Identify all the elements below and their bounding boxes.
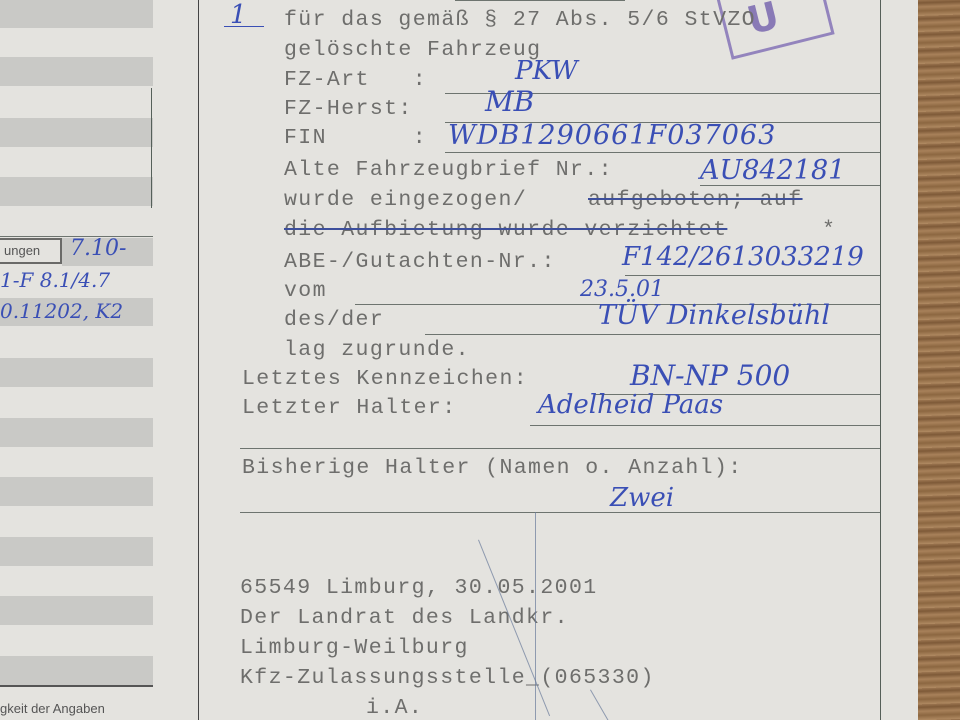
last-owner-label: Letzter Halter: [242,398,457,420]
abe-value: F142/2613033219 [622,244,864,270]
license-plate-value: BN-NP 500 [630,362,790,390]
struck-text-1: aufgeboten; auf [588,190,803,212]
blank-line [240,448,880,449]
form-strip [0,118,153,147]
fz-art-label: FZ-Art : [284,70,427,92]
header-line-1: für das gemäß § 27 Abs. 5/6 StVZO [284,10,756,32]
des-der-label: des/der [284,310,384,332]
abe-label: ABE-/Gutachten-Nr.: [284,252,556,274]
signature-stroke [590,690,611,720]
header-line-2: gelöschte Fahrzeug [284,40,541,62]
handwritten-note: 7.10- [70,238,126,260]
des-der-line [425,334,880,335]
form-divider [0,685,153,687]
top-rule [455,0,625,1]
page-frame-right [880,0,881,720]
signature-stroke [535,512,536,720]
abe-line [625,275,880,276]
document-page: ungen 7.10- 1-F 8.1/4.7 0.11202, K2 gkei… [0,0,918,720]
place-date: 65549 Limburg, 30.05.2001 [240,578,598,600]
previous-owners-label: Bisherige Halter (Namen o. Anzahl): [242,458,743,480]
des-der-value: TÜV Dinkelsbühl [598,302,830,329]
asterisk: * [822,220,836,242]
last-owner-line [530,425,880,426]
left-page-form: ungen 7.10- 1-F 8.1/4.7 0.11202, K2 gkei… [0,0,153,720]
form-strip [0,57,153,86]
fz-art-value: PKW [515,58,578,84]
left-footer-fragment: gkeit der Angaben [0,701,105,716]
fz-herst-label: FZ-Herst: [284,99,413,121]
struck-text-2: die Aufbietung wurde verzichtet [284,220,727,242]
handwritten-note: 1-F 8.1/4.7 [0,270,110,290]
registration-office: Kfz-Zulassungsstelle_(065330) [240,668,655,690]
previous-owners-value: Zwei [610,485,674,511]
form-border [151,88,152,208]
fz-herst-value: MB [485,88,534,116]
fin-value: WDB1290661F037063 [448,122,776,149]
vom-label: vom [284,281,327,303]
old-registration-label: Alte Fahrzeugbrief Nr.: [284,160,613,182]
form-strip [0,596,153,625]
fin-label: FIN : [284,128,427,150]
form-strip [0,537,153,566]
confiscated-text: wurde eingezogen/ [284,190,527,212]
authority-line-2: Limburg-Weilburg [240,638,469,660]
form-strip [0,656,153,685]
form-strip [0,177,153,206]
page-frame-left [198,0,199,720]
left-label-fragment: ungen [4,243,40,258]
previous-owners-line [240,512,880,513]
authority-line-1: Der Landrat des Landkr. [240,608,569,630]
handwritten-note: 0.11202, K2 [0,301,123,321]
on-behalf-of: i.A. [366,698,423,720]
form-strip [0,0,153,28]
form-strip [0,358,153,387]
old-registration-value: AU842181 [700,157,845,184]
last-owner-value: Adelheid Paas [538,392,723,418]
vom-value: 23.5.01 [580,279,664,301]
form-strip [0,418,153,447]
fin-line [445,152,880,153]
lag-zugrunde-text: lag zugrunde. [284,340,470,362]
item-underline [224,26,264,27]
form-strip [0,477,153,506]
license-plate-label: Letztes Kennzeichen: [242,369,528,391]
item-number: 1 [230,2,247,28]
